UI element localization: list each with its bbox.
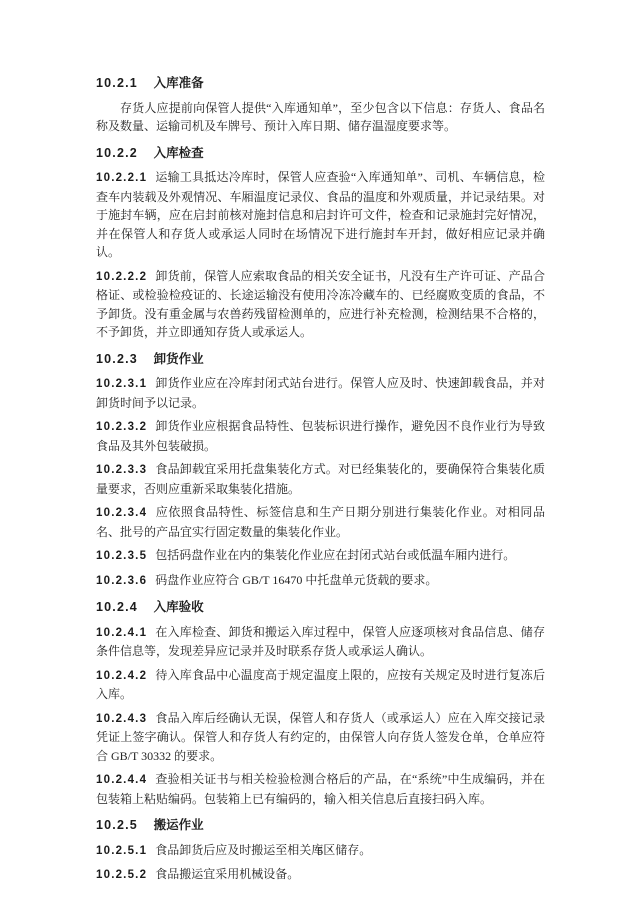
clause-text: 包括码盘作业在内的集装化作业应在封闭式站台或低温车厢内进行。: [155, 548, 515, 562]
clause-number: 10.2.4.4: [96, 774, 147, 786]
section-title: 卸货作业: [154, 352, 204, 366]
document-body: 10.2.1入库准备存货人应提前向保管人提供“入库通知单”，至少包含以下信息：存…: [96, 74, 545, 890]
clause-paragraph: 10.2.3.1卸货作业应在冷库封闭式站台进行。保管人应及时、快速卸载食品，并对…: [96, 374, 545, 412]
section-heading: 10.2.1入库准备: [96, 74, 545, 93]
clause-paragraph: 10.2.3.5包括码盘作业在内的集装化作业应在封闭式站台或低温车厢内进行。: [96, 546, 545, 566]
clause-number: 10.2.4.1: [96, 627, 147, 639]
clause-paragraph: 10.2.3.6码盘作业应符合 GB/T 16470 中托盘单元货载的要求。: [96, 571, 545, 591]
section-heading: 10.2.2入库检查: [96, 144, 545, 163]
clause-text: 应依照食品特性、标签信息和生产日期分别进行集装化作业。对相同品名、批号的产品宜实…: [96, 505, 545, 539]
section-title: 搬运作业: [154, 818, 204, 832]
clause-text: 卸货前，保管人应索取食品的相关安全证书，凡没有生产许可证、产品合格证、或检验检疫…: [96, 269, 545, 340]
clause-text: 查验相关证书与相关检验检测合格后的产品，在“系统”中生成编码，并在包装箱上粘贴编…: [96, 772, 545, 806]
section-number: 10.2.3: [96, 352, 138, 366]
clause-paragraph: 10.2.3.4应依照食品特性、标签信息和生产日期分别进行集装化作业。对相同品名…: [96, 503, 545, 541]
section-heading: 10.2.4入库验收: [96, 598, 545, 617]
clause-number: 10.2.3.6: [96, 575, 147, 587]
clause-number: 10.2.3.1: [96, 378, 147, 390]
clause-text: 卸货作业应在冷库封闭式站台进行。保管人应及时、快速卸载食品，并对卸货时间予以记录…: [96, 376, 545, 410]
clause-text: 待入库食品中心温度高于规定温度上限的，应按有关规定及时进行复冻后入库。: [96, 668, 545, 702]
clause-number: 10.2.3.3: [96, 464, 147, 476]
clause-number: 10.2.4.2: [96, 670, 147, 682]
clause-text: 在入库检查、卸货和搬运入库过程中，保管人应逐项核对食品信息、储存条件信息等，发现…: [96, 625, 545, 659]
section-heading: 10.2.3卸货作业: [96, 350, 545, 369]
section-heading: 10.2.5搬运作业: [96, 816, 545, 835]
clause-text: 卸货作业应根据食品特性、包装标识进行操作，避免因不良作业行为导致食品及其外包装破…: [96, 419, 545, 453]
document-page: 10.2.1入库准备存货人应提前向保管人提供“入库通知单”，至少包含以下信息：存…: [0, 0, 640, 905]
clause-paragraph: 10.2.5.2食品搬运宜采用机械设备。: [96, 865, 545, 885]
section-number: 10.2.2: [96, 146, 138, 160]
section-title: 入库准备: [154, 76, 204, 90]
clause-paragraph: 10.2.2.1运输工具抵达冷库时，保管人应查验“入库通知单”、司机、车辆信息，…: [96, 168, 545, 262]
clause-paragraph: 10.2.3.3食品卸载宜采用托盘集装化方式。对已经集装化的，要确保符合集装化质…: [96, 460, 545, 498]
clause-number: 10.2.5.2: [96, 869, 147, 881]
clause-number: 10.2.2.1: [96, 172, 147, 184]
section-title: 入库验收: [154, 600, 204, 614]
clause-text: 食品卸载宜采用托盘集装化方式。对已经集装化的，要确保符合集装化质量要求，否则应重…: [96, 462, 545, 496]
clause-number: 10.2.4.3: [96, 713, 147, 725]
clause-paragraph: 10.2.3.2卸货作业应根据食品特性、包装标识进行操作，避免因不良作业行为导致…: [96, 417, 545, 455]
clause-text: 食品搬运宜采用机械设备。: [155, 867, 299, 881]
clause-text: 食品入库后经确认无误，保管人和存货人（或承运人）应在入库交接记录凭证上签字确认。…: [96, 711, 545, 763]
clause-number: 10.2.3.4: [96, 507, 147, 519]
clause-number: 10.2.3.2: [96, 421, 147, 433]
clause-text: 码盘作业应符合 GB/T 16470 中托盘单元货载的要求。: [155, 573, 437, 587]
section-number: 10.2.1: [96, 76, 138, 90]
clause-paragraph: 10.2.4.1在入库检查、卸货和搬运入库过程中，保管人应逐项核对食品信息、储存…: [96, 623, 545, 661]
body-paragraph: 存货人应提前向保管人提供“入库通知单”，至少包含以下信息：存货人、食品名称及数量…: [96, 99, 545, 136]
clause-paragraph: 10.2.2.2卸货前，保管人应索取食品的相关安全证书，凡没有生产许可证、产品合…: [96, 267, 545, 342]
clause-number: 10.2.3.5: [96, 550, 147, 562]
clause-text: 运输工具抵达冷库时，保管人应查验“入库通知单”、司机、车辆信息，检查车内装载及外…: [96, 170, 545, 259]
section-title: 入库检查: [154, 146, 204, 160]
page-number: 5: [0, 846, 640, 858]
clause-number: 10.2.2.2: [96, 271, 147, 283]
section-number: 10.2.4: [96, 600, 138, 614]
clause-paragraph: 10.2.4.3食品入库后经确认无误，保管人和存货人（或承运人）应在入库交接记录…: [96, 709, 545, 766]
clause-paragraph: 10.2.4.2待入库食品中心温度高于规定温度上限的，应按有关规定及时进行复冻后…: [96, 666, 545, 704]
section-number: 10.2.5: [96, 818, 138, 832]
clause-paragraph: 10.2.4.4查验相关证书与相关检验检测合格后的产品，在“系统”中生成编码，并…: [96, 770, 545, 808]
clause-text: 存货人应提前向保管人提供“入库通知单”，至少包含以下信息：存货人、食品名称及数量…: [96, 101, 545, 134]
